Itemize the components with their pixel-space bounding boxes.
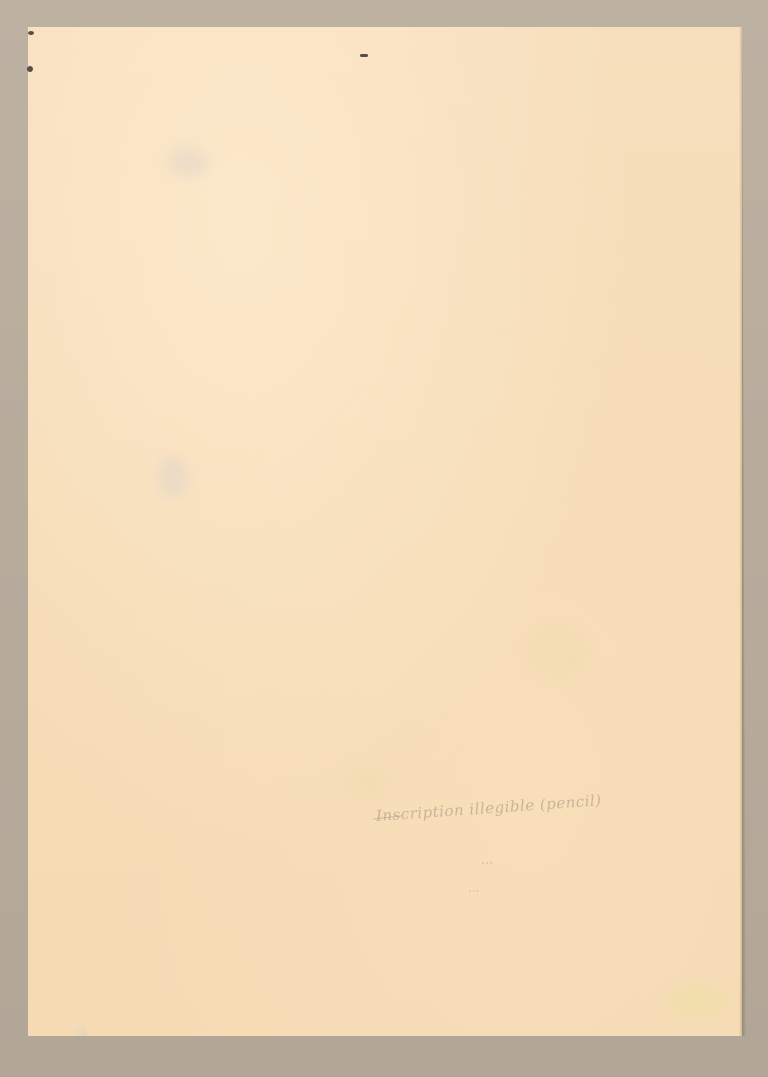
paper-stain	[528, 627, 588, 677]
paper-stain	[348, 767, 388, 797]
paper-tear	[72, 1021, 88, 1040]
paper-stain	[168, 147, 208, 177]
handwritten-inscription-line-1: Inscription illegible (pencil)	[375, 791, 602, 825]
handwritten-inscription-line-2: …	[481, 852, 494, 867]
paper-right-edge	[739, 27, 742, 1036]
handwritten-inscription-line-3: …	[468, 881, 480, 895]
paper-stain	[668, 987, 728, 1017]
edge-mark	[28, 31, 34, 35]
paper-sheet: Inscription illegible (pencil) … …	[28, 27, 742, 1036]
edge-mark	[27, 66, 33, 72]
pencil-mark	[360, 54, 368, 57]
paper-stain	[158, 457, 188, 497]
